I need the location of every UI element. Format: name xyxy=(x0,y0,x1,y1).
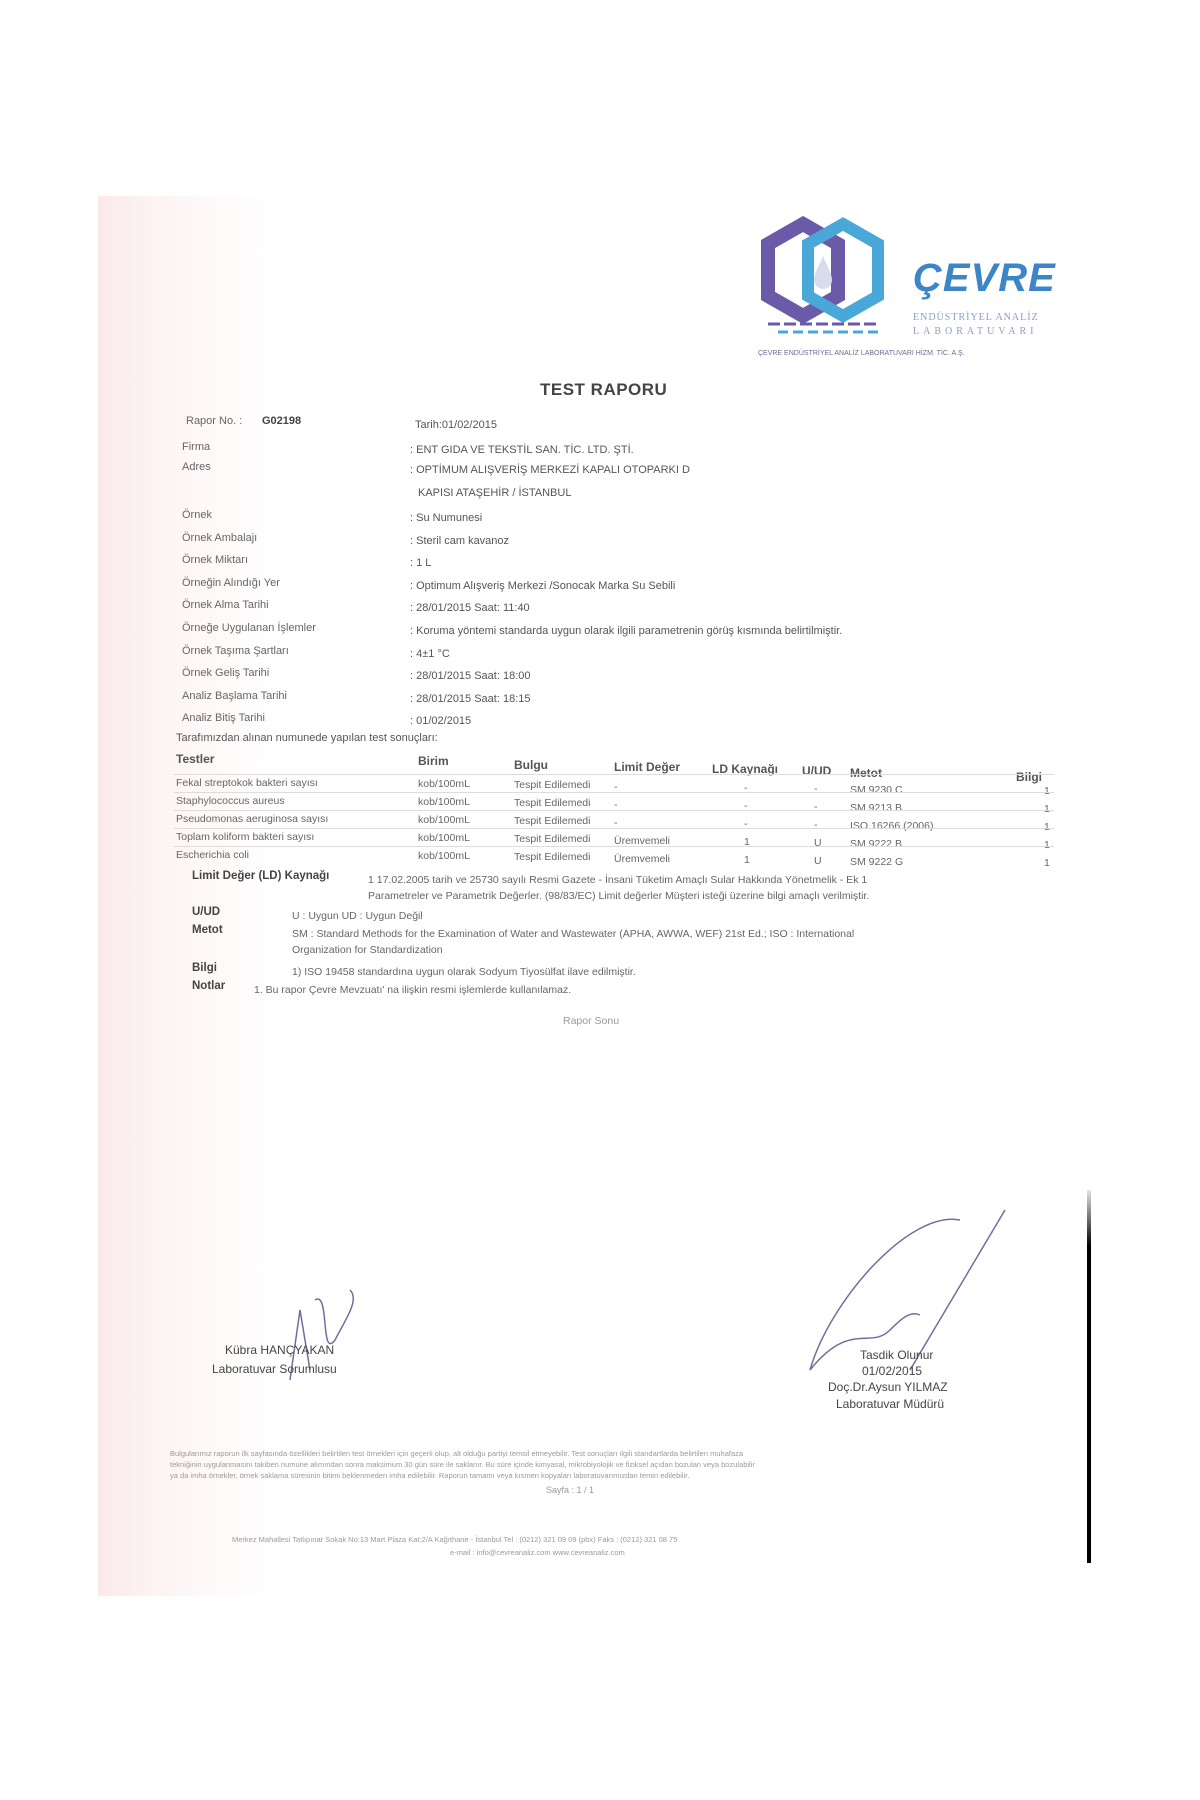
disclaimer-line-2: tekniğinin uygulanmasını takiben numune … xyxy=(170,1460,755,1469)
logo-subtitle: ENDÜSTRİYEL ANALİZ xyxy=(913,312,1039,323)
field-label: Örnek Miktarı xyxy=(182,554,248,566)
notes-text: 1. Bu rapor Çevre Mevzuatı' na ilişkin r… xyxy=(254,984,571,996)
col-header-limit: Limit Değer xyxy=(614,760,680,774)
field-label: Örnek Alma Tarihi xyxy=(182,599,269,611)
approval-date: 01/02/2015 xyxy=(862,1364,922,1378)
field-value: : 01/02/2015 xyxy=(410,715,471,727)
table-cell: kob/100mL xyxy=(418,832,470,844)
table-cell: Tespit Edilemedi xyxy=(514,797,590,809)
field-label: Adres xyxy=(182,461,211,473)
table-cell: Pseudomonas aeruginosa sayısı xyxy=(176,813,328,825)
approval-text: Tasdik Olunur xyxy=(860,1348,933,1362)
table-cell: Tespit Edilemedi xyxy=(514,815,590,827)
field-label: Örneğin Alındığı Yer xyxy=(182,577,280,589)
report-no-label: Rapor No. : xyxy=(186,415,242,427)
table-cell: Tespit Edilemedi xyxy=(514,851,590,863)
field-value: : Steril cam kavanoz xyxy=(410,535,509,547)
signatory-left-name: Kübra HANÇYAKAN xyxy=(225,1343,334,1357)
table-cell: - xyxy=(614,799,618,811)
col-header-unit: Birim xyxy=(418,754,449,768)
field-label: Örnek Ambalajı xyxy=(182,532,257,544)
field-value: : ENT GIDA VE TEKSTİL SAN. TİC. LTD. ŞTİ… xyxy=(410,444,634,456)
page-number: Sayfa : 1 / 1 xyxy=(546,1485,594,1495)
signatory-left-role: Laboratuvar Sorumlusu xyxy=(212,1362,337,1376)
document-title: TEST RAPORU xyxy=(540,380,690,400)
signatory-right-role: Laboratuvar Müdürü xyxy=(836,1397,944,1411)
field-label: Örneğe Uygulanan İşlemler xyxy=(182,622,316,634)
table-row: Staphylococcus aureuskob/100mLTespit Edi… xyxy=(174,792,1054,811)
table-row: Pseudomonas aeruginosa sayısıkob/100mLTe… xyxy=(174,810,1054,829)
ld-source-label: Limit Değer (LD) Kaynağı xyxy=(192,870,329,882)
method-label: Metot xyxy=(192,924,223,936)
table-cell: U xyxy=(814,855,822,867)
field-value: : 28/01/2015 Saat: 18:00 xyxy=(410,670,531,682)
table-cell: - xyxy=(614,781,618,793)
field-label: Örnek Taşıma Şartları xyxy=(182,645,289,657)
field-value: : OPTİMUM ALIŞVERİŞ MERKEZİ KAPALI OTOPA… xyxy=(410,464,690,476)
table-cell: Üremvemeli xyxy=(614,835,670,847)
col-header-tests: Testler xyxy=(176,752,214,766)
disclaimer-line-1: Bulgularımız raporun ilk sayfasında özel… xyxy=(170,1449,743,1458)
table-cell: - xyxy=(614,817,618,829)
method-text: SM : Standard Methods for the Examinatio… xyxy=(292,928,854,940)
company-logo: ÇEVRE ENDÜSTRİYEL ANALİZ LABORATUVARI ÇE… xyxy=(758,216,1058,366)
field-value: : 1 L xyxy=(410,557,431,569)
field-value: : 28/01/2015 Saat: 11:40 xyxy=(410,602,530,614)
report-no: G02198 xyxy=(262,415,301,427)
field-value: KAPISI ATAŞEHİR / İSTANBUL xyxy=(418,487,571,499)
info-label: Bilgi xyxy=(192,962,217,974)
field-label: Analiz Bitiş Tarihi xyxy=(182,712,265,724)
table-cell: kob/100mL xyxy=(418,778,470,790)
footer-address: Merkez Mahallesi Tatlıpınar Sokak No:13 … xyxy=(232,1535,677,1544)
method-text-2: Organization for Standardization xyxy=(292,944,443,956)
table-cell: kob/100mL xyxy=(418,814,470,826)
table-cell: kob/100mL xyxy=(418,850,470,862)
info-text: 1) ISO 19458 standardına uygun olarak So… xyxy=(292,966,636,978)
table-cell: Tespit Edilemedi xyxy=(514,833,590,845)
field-label: Firma xyxy=(182,441,210,453)
ld-source-text: 1 17.02.2005 tarih ve 25730 sayılı Resmi… xyxy=(368,874,867,886)
hexagon-logo-icon xyxy=(758,216,908,346)
notes-label: Notlar xyxy=(192,980,225,992)
table-cell: Tespit Edilemedi xyxy=(514,779,590,791)
logo-brand: ÇEVRE xyxy=(913,256,1056,301)
logo-company-name: ÇEVRE ENDÜSTRİYEL ANALİZ LABORATUVARI Hİ… xyxy=(758,350,965,357)
col-header-finding: Bulgu xyxy=(514,758,548,772)
table-row: Toplam koliform bakteri sayısıkob/100mLT… xyxy=(174,828,1054,847)
table-cell: SM 9222 G xyxy=(850,856,903,868)
logo-subtitle-2: LABORATUVARI xyxy=(913,326,1038,337)
scan-edge-line xyxy=(1087,1190,1091,1563)
signatory-right-name: Doç.Dr.Aysun YILMAZ xyxy=(828,1380,948,1394)
field-value: : 28/01/2015 Saat: 18:15 xyxy=(410,693,531,705)
report-date: Tarih:01/02/2015 xyxy=(415,419,497,431)
table-cell: Fekal streptokok bakteri sayısı xyxy=(176,777,318,789)
uud-label: U/UD xyxy=(192,906,220,918)
results-intro: Tarafımızdan alınan numunede yapılan tes… xyxy=(176,732,438,744)
table-cell: 1 xyxy=(1044,857,1050,869)
table-cell: Üremvemeli xyxy=(614,853,670,865)
table-cell: kob/100mL xyxy=(418,796,470,808)
field-value: : 4±1 °C xyxy=(410,648,450,660)
table-cell: 1 xyxy=(744,854,750,866)
field-value: : Su Numunesi xyxy=(410,512,482,524)
uud-text: U : Uygun UD : Uygun Değil xyxy=(292,910,423,922)
field-label: Örnek Geliş Tarihi xyxy=(182,667,269,679)
field-value: : Optimum Alışveriş Merkezi /Sonocak Mar… xyxy=(410,580,675,592)
table-row: Escherichia colikob/100mLTespit Edilemed… xyxy=(174,846,1054,865)
table-cell: Staphylococcus aureus xyxy=(176,795,285,807)
disclaimer-line-3: ya da imha örnekler, örnek saklama süres… xyxy=(170,1471,689,1480)
table-cell: Toplam koliform bakteri sayısı xyxy=(176,831,314,843)
table-cell: Escherichia coli xyxy=(176,849,249,861)
field-value: : Koruma yöntemi standarda uygun olarak … xyxy=(410,625,842,637)
footer-contact: e-mail : info@cevreanaliz.com www.cevrea… xyxy=(450,1548,625,1557)
ld-source-text-2: Parametreler ve Parametrik Değerler. (98… xyxy=(368,890,869,902)
report-end: Rapor Sonu xyxy=(563,1015,619,1027)
field-label: Örnek xyxy=(182,509,212,521)
table-row: Fekal streptokok bakteri sayısıkob/100mL… xyxy=(174,774,1054,793)
field-label: Analiz Başlama Tarihi xyxy=(182,690,287,702)
